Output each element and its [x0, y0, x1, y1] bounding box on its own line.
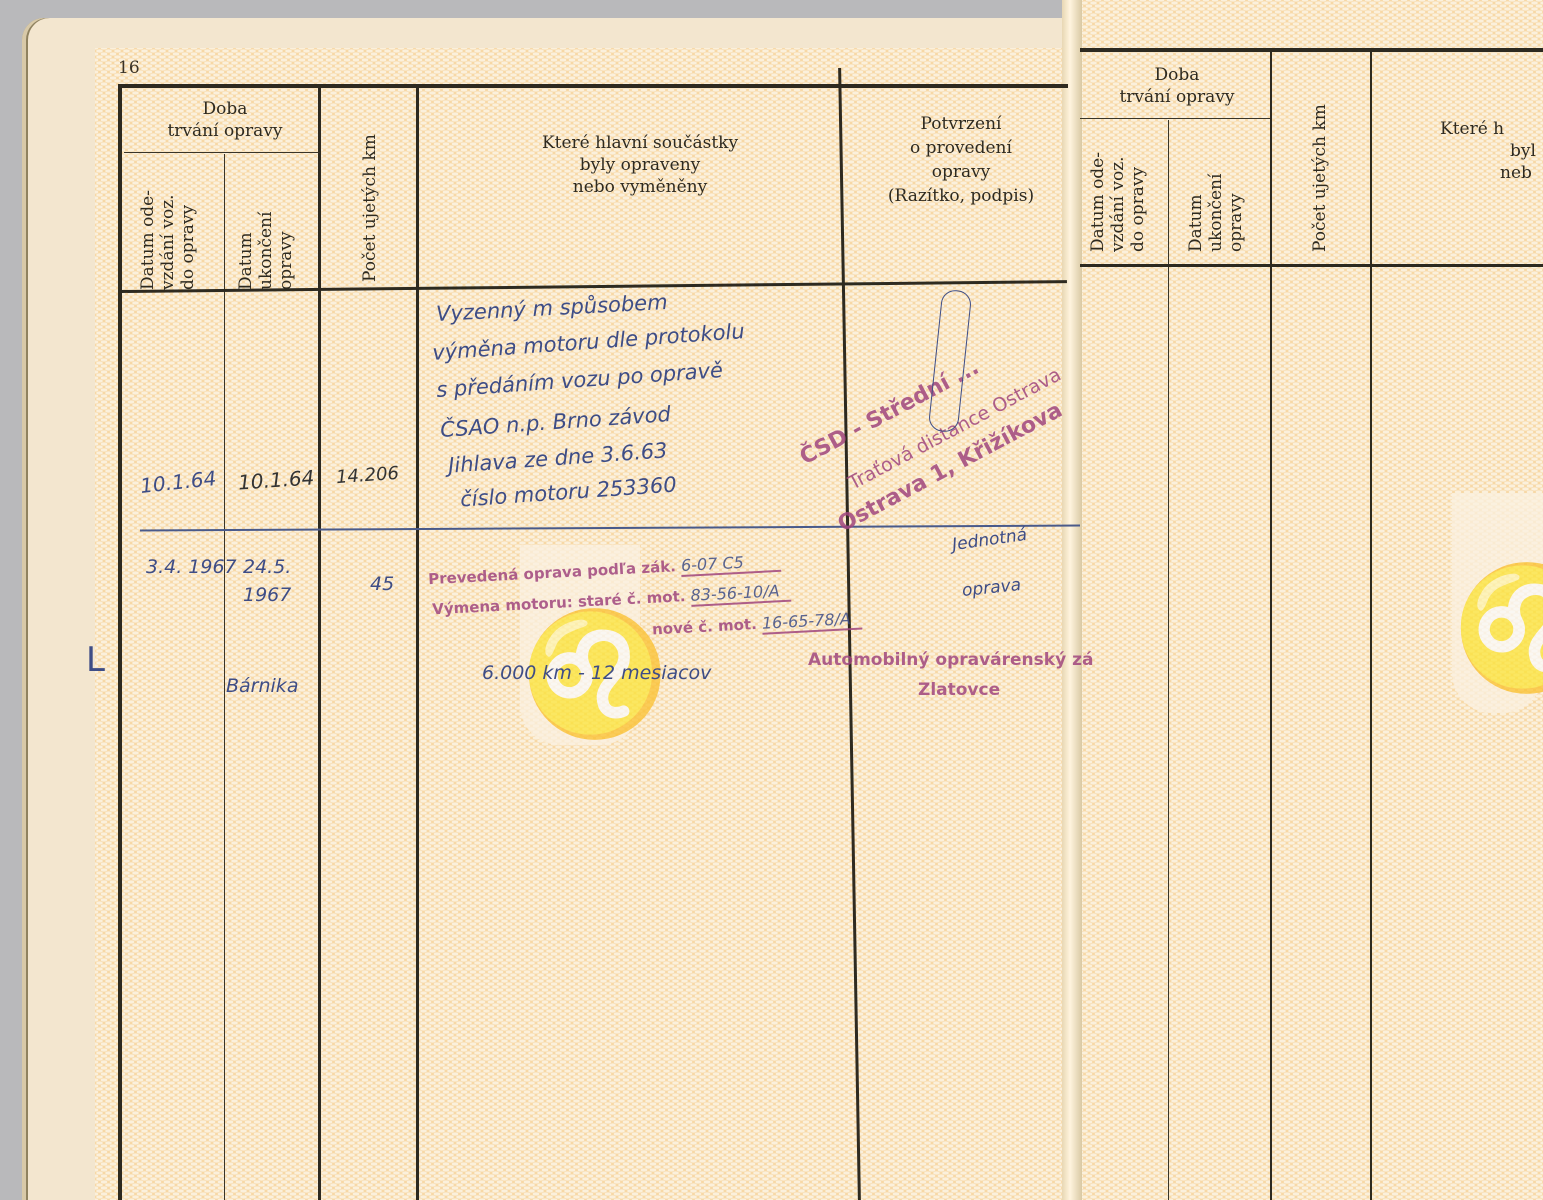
right-header-km: Počet ujetých km [1310, 104, 1330, 252]
right-header-bottom-border [1080, 264, 1543, 267]
col-divider-thin [224, 154, 225, 1200]
col-divider [318, 86, 321, 1200]
watermark-lion-emblem-icon: ♌ [1452, 493, 1543, 713]
right-header-date-out: Datum ukončení opravy [1186, 174, 1246, 252]
header-duration: Doba trvání opravy [130, 98, 320, 142]
entry1-km: 14.206 [335, 463, 399, 488]
header-date-out: Datum ukončení opravy [236, 212, 296, 290]
entry2-signature: Bárnika [226, 675, 298, 697]
entry2-date-out: 24.5. 1967 [243, 553, 293, 609]
right-table-top-border [1080, 48, 1543, 52]
header-confirmation: Potvrzení o provedení opravy (Razítko, p… [856, 112, 1066, 208]
right-col-divider-thin [1168, 120, 1169, 1200]
right-col-divider [1270, 52, 1272, 1200]
right-subheader-rule [1080, 118, 1270, 119]
header-km: Počet ujetých km [360, 134, 380, 282]
right-header-date-in: Datum ode- vzdání voz. do opravy [1088, 152, 1148, 252]
entry2-warranty-note: 6.000 km - 12 mesiacov [482, 662, 711, 684]
table-top-border [118, 84, 1068, 88]
header-date-in: Datum ode- vzdání voz. do opravy [138, 190, 198, 290]
subheader-rule [124, 152, 320, 153]
right-header-duration: Doba trvání opravy [1082, 64, 1272, 108]
table-left-border [118, 86, 122, 1200]
entry2-date-in: 3.4. 1967 [146, 553, 237, 581]
margin-checkmark: L [86, 640, 105, 680]
right-col-divider [1370, 52, 1372, 1200]
right-header-parts-partial: Které h byl neb [1440, 118, 1543, 184]
entry2-km: 45 [370, 573, 394, 595]
header-parts: Které hlavní součástky byly opraveny neb… [440, 132, 840, 198]
col-divider [416, 86, 419, 1200]
page-number: 16 [118, 58, 140, 78]
